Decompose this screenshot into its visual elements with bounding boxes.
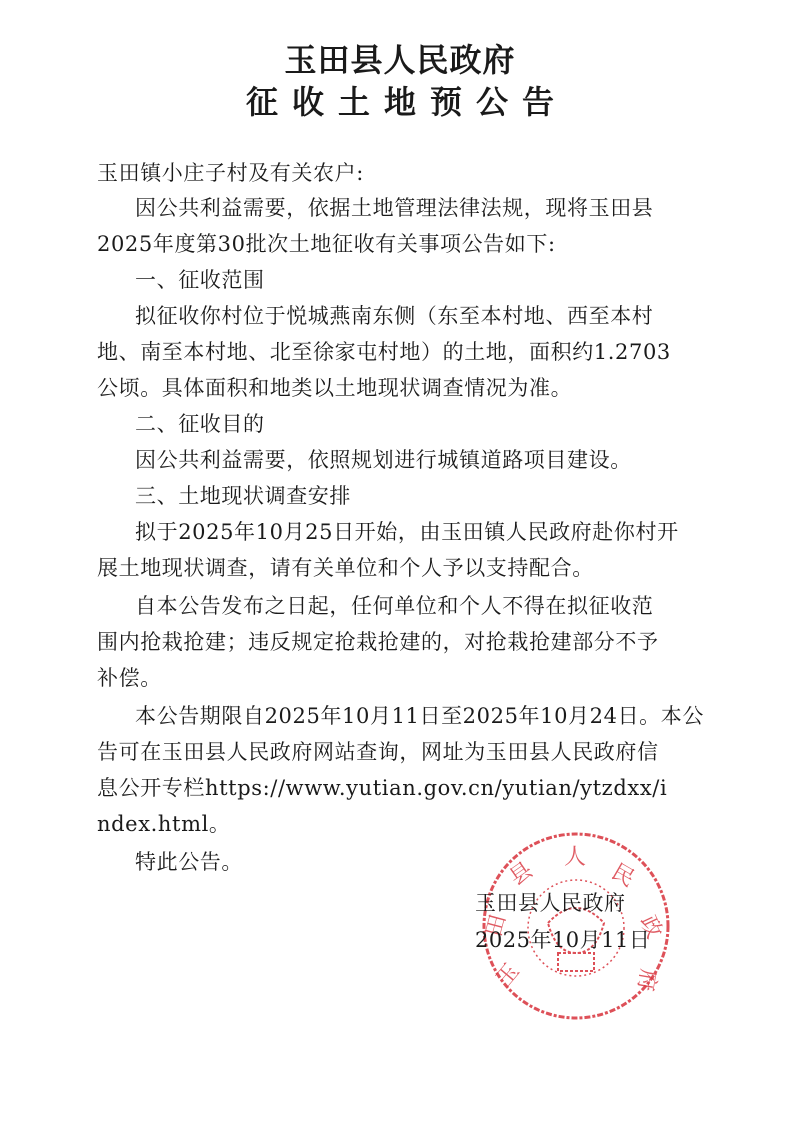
- prohibition-line: 自本公告发布之日起，任何单位和个人不得在拟征收范: [135, 590, 653, 620]
- salutation: 玉田镇小庄子村及有关农户:: [97, 157, 364, 187]
- period-line-url-end: ndex.html。: [97, 808, 231, 838]
- period-line: 本公告期限自2025年10月11日至2025年10月24日。本公: [135, 700, 704, 730]
- section-1-heading: 一、征收范围: [135, 264, 265, 294]
- notice-title: 征收土地预公告: [0, 77, 800, 123]
- signature-date: 2025年10月11日: [475, 924, 650, 954]
- section-2-heading: 二、征收目的: [135, 408, 265, 438]
- period-line: 告可在玉田县人民政府网站查询，网址为玉田县人民政府信: [97, 736, 659, 766]
- section-3-line: 展土地现状调查，请有关单位和个人予以支持配合。: [97, 552, 594, 582]
- svg-text:玉: 玉: [491, 959, 524, 992]
- section-1-line: 公顷。具体面积和地类以土地现状调查情况为准。: [97, 372, 572, 402]
- svg-text:人: 人: [564, 845, 586, 870]
- section-3-line: 拟于2025年10月25日开始，由玉田镇人民政府赴你村开: [135, 516, 679, 546]
- prohibition-line: 围内抢栽抢建；违反规定抢栽抢建的，对抢栽抢建部分不予: [97, 626, 659, 656]
- section-1-line: 地、南至本村地、北至徐家屯村地）的土地，面积约1.2703: [97, 336, 671, 366]
- issuer-title: 玉田县人民政府: [0, 35, 800, 81]
- intro-line-1: 因公共利益需要，依据土地管理法律法规，现将玉田县: [135, 192, 653, 222]
- closing: 特此公告。: [135, 846, 243, 876]
- svg-text:府: 府: [632, 967, 660, 993]
- section-2-line: 因公共利益需要，依照规划进行城镇道路项目建设。: [135, 444, 632, 474]
- section-1-line: 拟征收你村位于悦城燕南东侧（东至本村地、西至本村: [135, 300, 653, 330]
- section-3-heading: 三、土地现状调查安排: [135, 480, 351, 510]
- intro-line-2: 2025年度第30批次土地征收有关事项公告如下:: [97, 228, 556, 258]
- signature-issuer: 玉田县人民政府: [475, 887, 626, 917]
- period-line-url: 息公开专栏https://www.yutian.gov.cn/yutian/yt…: [97, 772, 667, 802]
- svg-text:县: 县: [505, 858, 537, 891]
- prohibition-line: 补偿。: [97, 662, 162, 692]
